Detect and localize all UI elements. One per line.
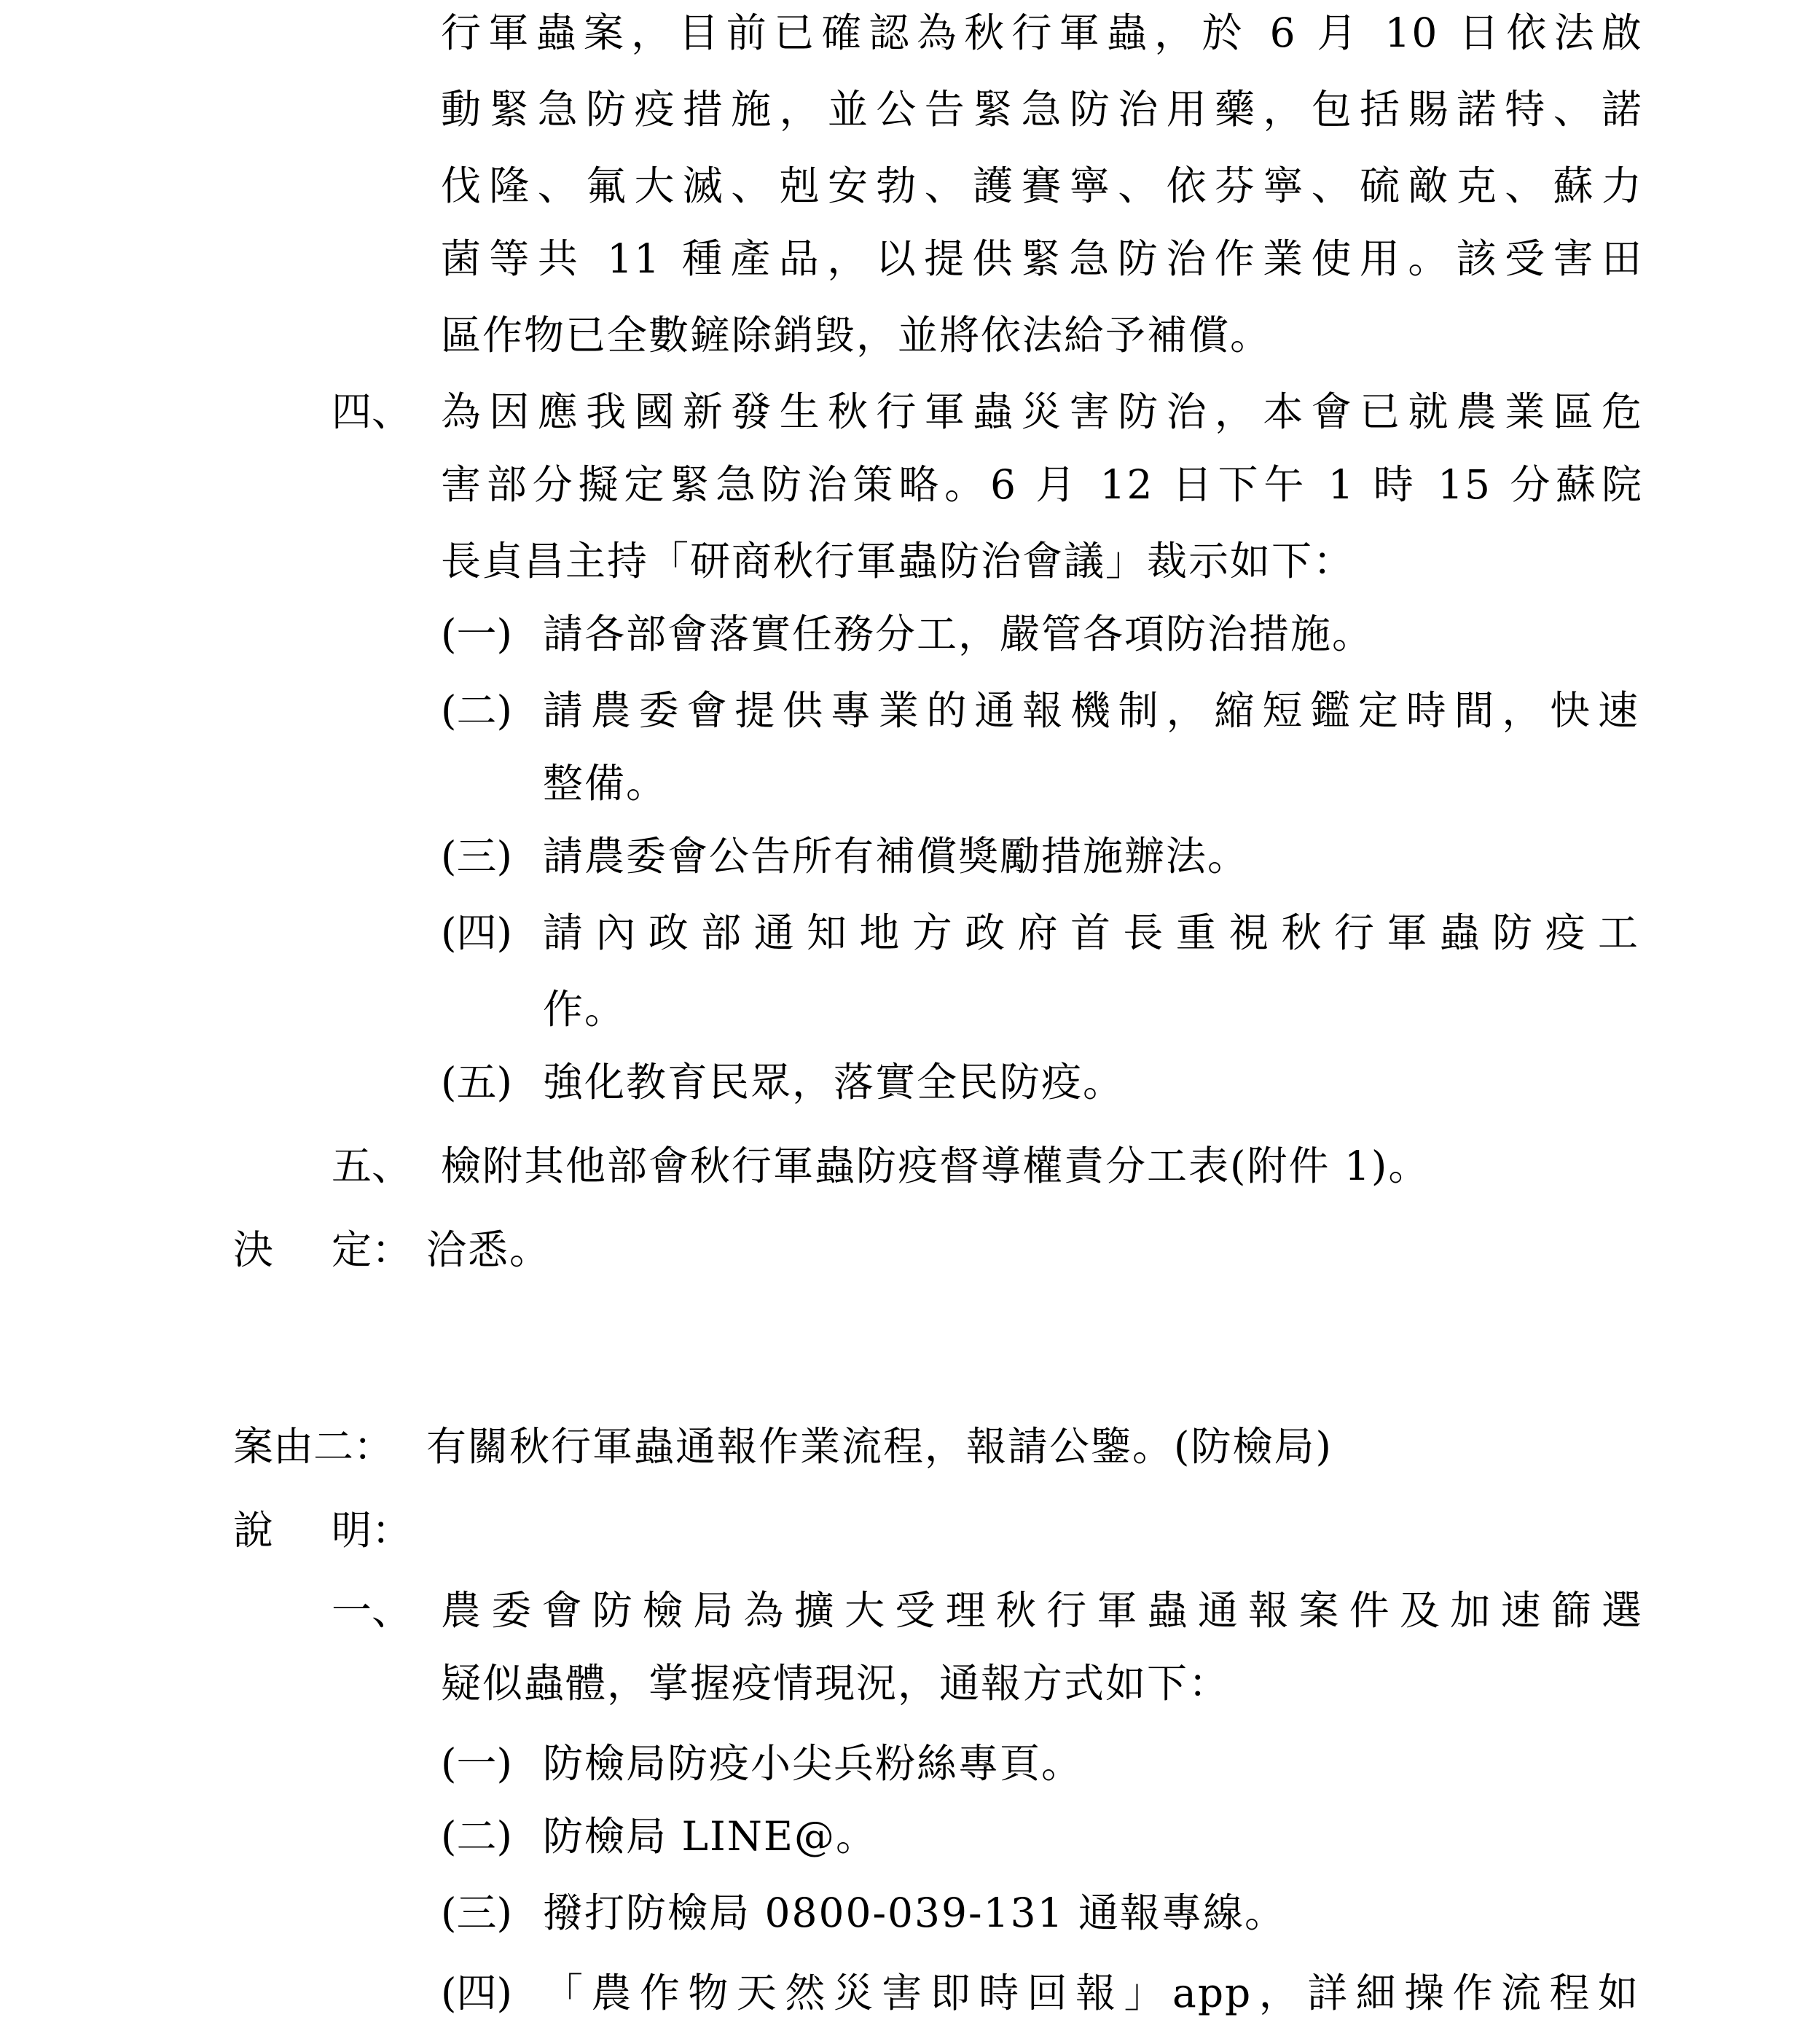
subitem-text: 強化教育民眾，落實全民防疫。	[543, 1057, 1124, 1108]
explanation-label: 說明：	[233, 1505, 412, 1556]
case-title: 有關秋行軍蟲通報作業流程，報請公鑒。(防檢局)	[426, 1421, 1333, 1472]
subitem-marker: (三)	[441, 831, 512, 882]
paragraph-line: 伐隆、氟大滅、剋安勃、護賽寧、依芬寧、硫敵克、蘇力	[441, 160, 1643, 211]
subitem-marker: (一)	[441, 608, 512, 659]
subitem-text: 整備。	[543, 758, 667, 809]
paragraph-line: 區作物已全數鏟除銷毀，並將依法給予補償。	[441, 310, 1271, 361]
subitem-text: 請農委會公告所有補償獎勵措施辦法。	[543, 831, 1249, 882]
case-label: 案由二：	[233, 1421, 393, 1472]
paragraph-line: 菌等共 11 種產品，以提供緊急防治作業使用。該受害田	[441, 233, 1643, 284]
subitem-text: 請各部會落實任務分工，嚴管各項防治措施。	[543, 608, 1373, 659]
paragraph-line: 行軍蟲案，目前已確認為秋行軍蟲，於 6 月 10 日依法啟	[441, 7, 1643, 58]
subitem-marker: (三)	[441, 1887, 512, 1938]
subitem-text: 請農委會提供專業的通報機制，縮短鑑定時間，快速	[543, 685, 1639, 736]
item-marker: 一、	[332, 1585, 412, 1636]
paragraph-line: 害部分擬定緊急防治策略。6 月 12 日下午 1 時 15 分蘇院	[441, 459, 1643, 510]
decision-text: 洽悉。	[426, 1224, 551, 1275]
item-marker: 五、	[332, 1140, 412, 1191]
subitem-marker: (四)	[441, 907, 512, 958]
paragraph-line: 疑似蟲體，掌握疫情現況，通報方式如下：	[441, 1658, 1230, 1709]
subitem-text: 防檢局防疫小尖兵粉絲專頁。	[543, 1738, 1083, 1789]
subitem-text: 撥打防檢局 0800-039-131 通報專線。	[543, 1887, 1286, 1938]
subitem-text: 「農作物天然災害即時回報」app，詳細操作流程如	[543, 1967, 1639, 2018]
subitem-text: 作。	[543, 984, 626, 1035]
subitem-text: 防檢局 LINE@。	[543, 1811, 877, 1862]
subitem-text: 請內政部通知地方政府首長重視秋行軍蟲防疫工	[543, 907, 1639, 958]
paragraph-line: 檢附其他部會秋行軍蟲防疫督導權責分工表(附件 1)。	[441, 1140, 1430, 1191]
subitem-marker: (一)	[441, 1738, 512, 1789]
decision-label: 決定：	[233, 1224, 412, 1275]
subitem-marker: (四)	[441, 1967, 512, 2018]
subitem-marker: (五)	[441, 1057, 512, 1108]
paragraph-line: 農委會防檢局為擴大受理秋行軍蟲通報案件及加速篩選	[441, 1585, 1643, 1636]
subitem-marker: (二)	[441, 1811, 512, 1862]
subitem-marker: (二)	[441, 685, 512, 736]
paragraph-line: 動緊急防疫措施，並公告緊急防治用藥，包括賜諾特、諾	[441, 84, 1643, 135]
paragraph-line: 為因應我國新發生秋行軍蟲災害防治，本會已就農業區危	[441, 386, 1643, 437]
paragraph-line: 長貞昌主持「研商秋行軍蟲防治會議」裁示如下：	[441, 536, 1355, 587]
item-marker: 四、	[332, 386, 412, 437]
